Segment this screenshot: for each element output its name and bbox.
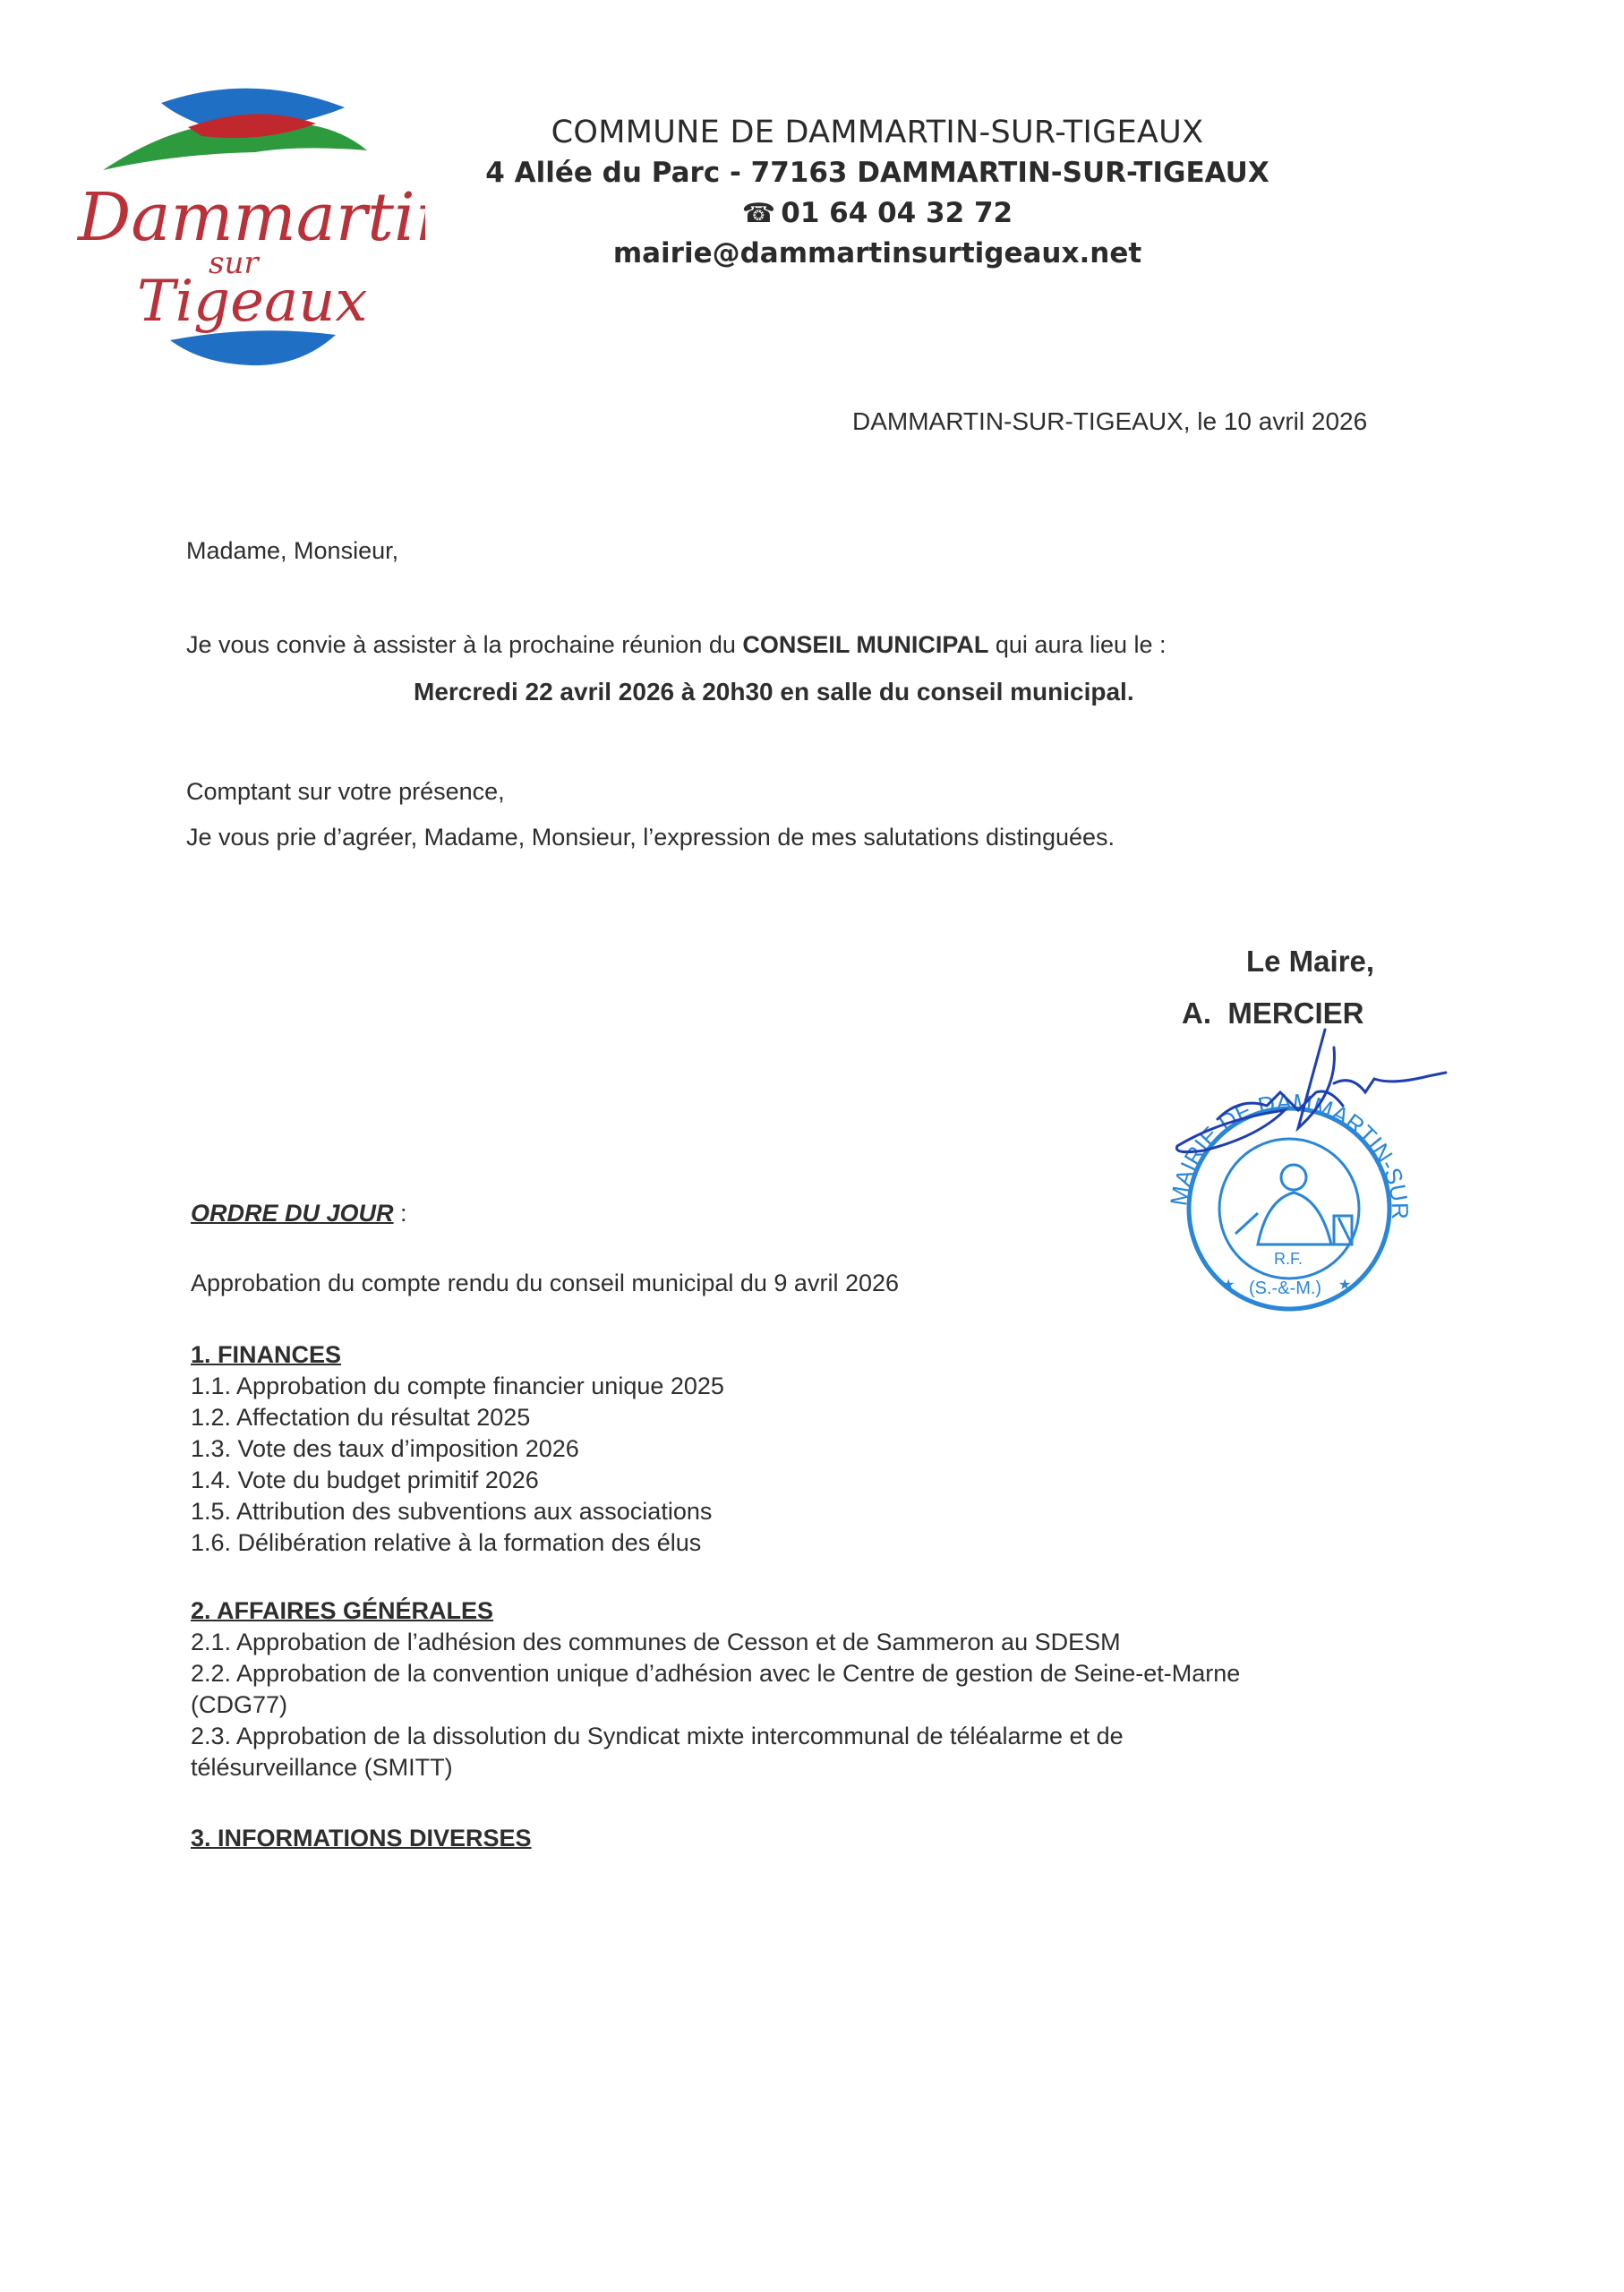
commune-name: COMMUNE DE DAMMARTIN-SUR-TIGEAUX	[430, 115, 1325, 150]
commune-phone: ☎01 64 04 32 72	[430, 197, 1325, 229]
agenda-item-continuation: (CDG77)	[191, 1689, 1240, 1721]
agenda-title: ORDRE DU JOUR :	[191, 1200, 407, 1227]
agenda-item: 1.5. Attribution des subventions aux ass…	[191, 1496, 724, 1527]
agenda-item: 1.6. Délibération relative à la formatio…	[191, 1527, 724, 1559]
agenda-section-finances: 1. FINANCES 1.1. Approbation du compte f…	[191, 1339, 724, 1559]
telephone-icon: ☎	[742, 198, 775, 229]
phone-number: 01 64 04 32 72	[781, 197, 1013, 229]
agenda-item: 1.3. Vote des taux d’imposition 2026	[191, 1433, 724, 1465]
agenda-item: 1.2. Affectation du résultat 2025	[191, 1402, 724, 1433]
agenda-section-informations-diverses: 3. INFORMATIONS DIVERSES	[191, 1823, 532, 1854]
agenda-item: 2.3. Approbation de la dissolution du Sy…	[191, 1721, 1240, 1752]
meeting-date-location: Mercredi 22 avril 2026 à 20h30 en salle …	[414, 678, 1134, 706]
signatory-title: Le Maire,	[1246, 945, 1374, 979]
stamp-star-right-icon: ★	[1338, 1278, 1351, 1293]
commune-logo: Dammartin sur Tigeaux	[76, 81, 425, 367]
invitation-paragraph: Je vous convie à assister à la prochaine…	[186, 631, 1167, 659]
section-heading: 2. AFFAIRES GÉNÉRALES	[191, 1595, 1240, 1627]
agenda-item: 2.1. Approbation de l’adhésion des commu…	[191, 1627, 1240, 1658]
official-stamp: MAIRIE DE DAMMARTIN-SUR-TIGEAUX R.F. (S.…	[1124, 1021, 1455, 1316]
stamp-figure-icon	[1235, 1165, 1352, 1244]
agenda-item: 1.1. Approbation du compte financier uni…	[191, 1371, 724, 1402]
stamp-rf: R.F.	[1274, 1250, 1303, 1268]
closing-line-2: Je vous prie d’agréer, Madame, Monsieur,…	[186, 824, 1115, 851]
stamp-text-ring: MAIRIE DE DAMMARTIN-SUR-TIGEAUX	[1124, 1021, 1414, 1219]
agenda-item-continuation: télésurveillance (SMITT)	[191, 1752, 1240, 1783]
logo-text-tigeaux: Tigeaux	[137, 269, 367, 335]
agenda-approval-item: Approbation du compte rendu du conseil m…	[191, 1270, 899, 1297]
logo-blue-wave-bottom	[170, 330, 336, 365]
stamp-department: (S.-&-M.)	[1249, 1279, 1321, 1298]
agenda-item: 2.2. Approbation de la convention unique…	[191, 1658, 1240, 1689]
intro-text-after: qui aura lieu le :	[988, 631, 1166, 658]
agenda-title-text: ORDRE DU JOUR	[191, 1200, 394, 1227]
agenda-item: 1.4. Vote du budget primitif 2026	[191, 1465, 724, 1496]
agenda-title-colon: :	[394, 1200, 407, 1227]
date-line: DAMMARTIN-SUR-TIGEAUX, le 10 avril 2026	[852, 407, 1367, 436]
section-heading: 1. FINANCES	[191, 1339, 724, 1371]
closing-line-1: Comptant sur votre présence,	[186, 778, 505, 806]
commune-email[interactable]: mairie@dammartinsurtigeaux.net	[430, 237, 1325, 269]
council-name: CONSEIL MUNICIPAL	[742, 631, 988, 658]
commune-address: 4 Allée du Parc - 77163 DAMMARTIN-SUR-TI…	[430, 157, 1325, 189]
intro-text-before: Je vous convie à assister à la prochaine…	[186, 631, 742, 658]
stamp-star-left-icon: ★	[1222, 1278, 1235, 1293]
section-heading: 3. INFORMATIONS DIVERSES	[191, 1823, 532, 1854]
salutation: Madame, Monsieur,	[186, 537, 398, 565]
agenda-section-affaires-generales: 2. AFFAIRES GÉNÉRALES 2.1. Approbation d…	[191, 1595, 1240, 1783]
